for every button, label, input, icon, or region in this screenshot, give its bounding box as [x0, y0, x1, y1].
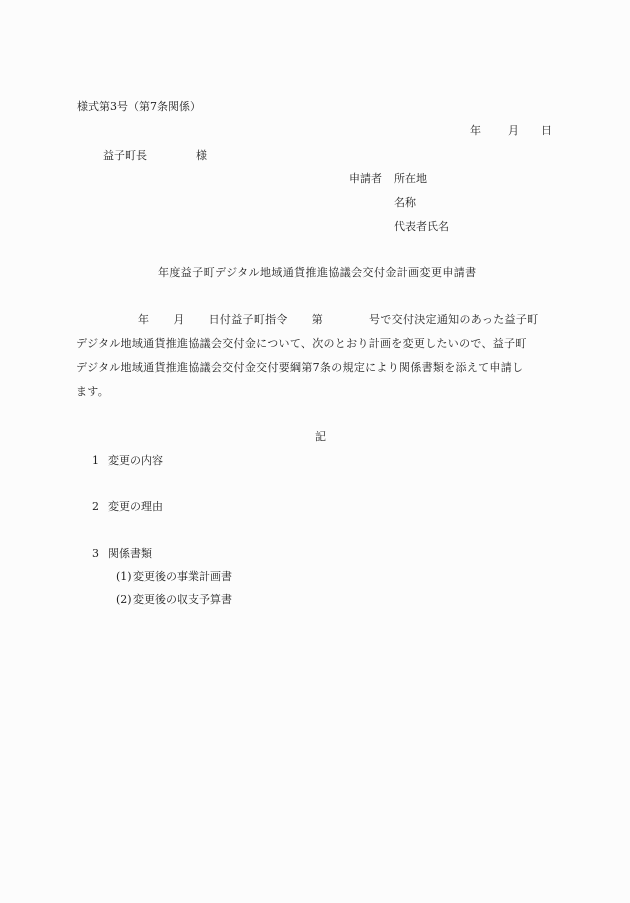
- body-line1-rest: 号で交付決定通知のあった益子町: [369, 313, 538, 326]
- body-line-2: デジタル地域通貨推進協議会交付金について、次のとおり計画を変更したいので、益子町: [76, 332, 556, 356]
- item-2-number: 2: [92, 500, 99, 514]
- body-line-1: 年月日付益子町指令第号で交付決定通知のあった益子町: [76, 308, 556, 332]
- body-dai: 第: [312, 313, 323, 326]
- body-paragraph: 年月日付益子町指令第号で交付決定通知のあった益子町 デジタル地域通貨推進協議会交…: [76, 308, 556, 404]
- body-line-3: デジタル地域通貨推進協議会交付金交付要綱第7条の規定により関係書類を添えて申請し: [76, 356, 556, 380]
- item-1-number: 1: [92, 454, 99, 468]
- sub-item-2-number: (2): [116, 593, 132, 607]
- item-3-number: 3: [92, 547, 99, 561]
- sub-item-1-label: 変更後の事業計画書: [133, 570, 232, 584]
- item-2-label: 変更の理由: [108, 500, 163, 514]
- applicant-label: 申請者: [349, 172, 382, 186]
- date-year: 年: [470, 124, 481, 138]
- date-day: 日: [541, 124, 552, 138]
- item-3-label: 関係書類: [108, 547, 152, 561]
- item-1-label: 変更の内容: [108, 454, 163, 468]
- ki-heading: 記: [315, 430, 326, 444]
- addressee-honorific: 様: [196, 149, 207, 163]
- form-number: 様式第3号（第7条関係）: [77, 100, 201, 114]
- body-line-4: ます。: [76, 380, 556, 404]
- applicant-representative-label: 代表者氏名: [394, 220, 449, 234]
- date-month: 月: [508, 124, 519, 138]
- applicant-name-label: 名称: [394, 196, 416, 210]
- sub-item-2-label: 変更後の収支予算書: [133, 593, 232, 607]
- body-day-ref: 日付益子町指令: [209, 313, 288, 326]
- body-month: 月: [173, 313, 184, 326]
- body-year: 年: [138, 313, 149, 326]
- addressee-name: 益子町長: [103, 149, 147, 163]
- sub-item-1-number: (1): [116, 570, 132, 584]
- document-title: 年度益子町デジタル地域通貨推進協議会交付金計画変更申請書: [158, 266, 477, 280]
- applicant-address-label: 所在地: [394, 172, 427, 186]
